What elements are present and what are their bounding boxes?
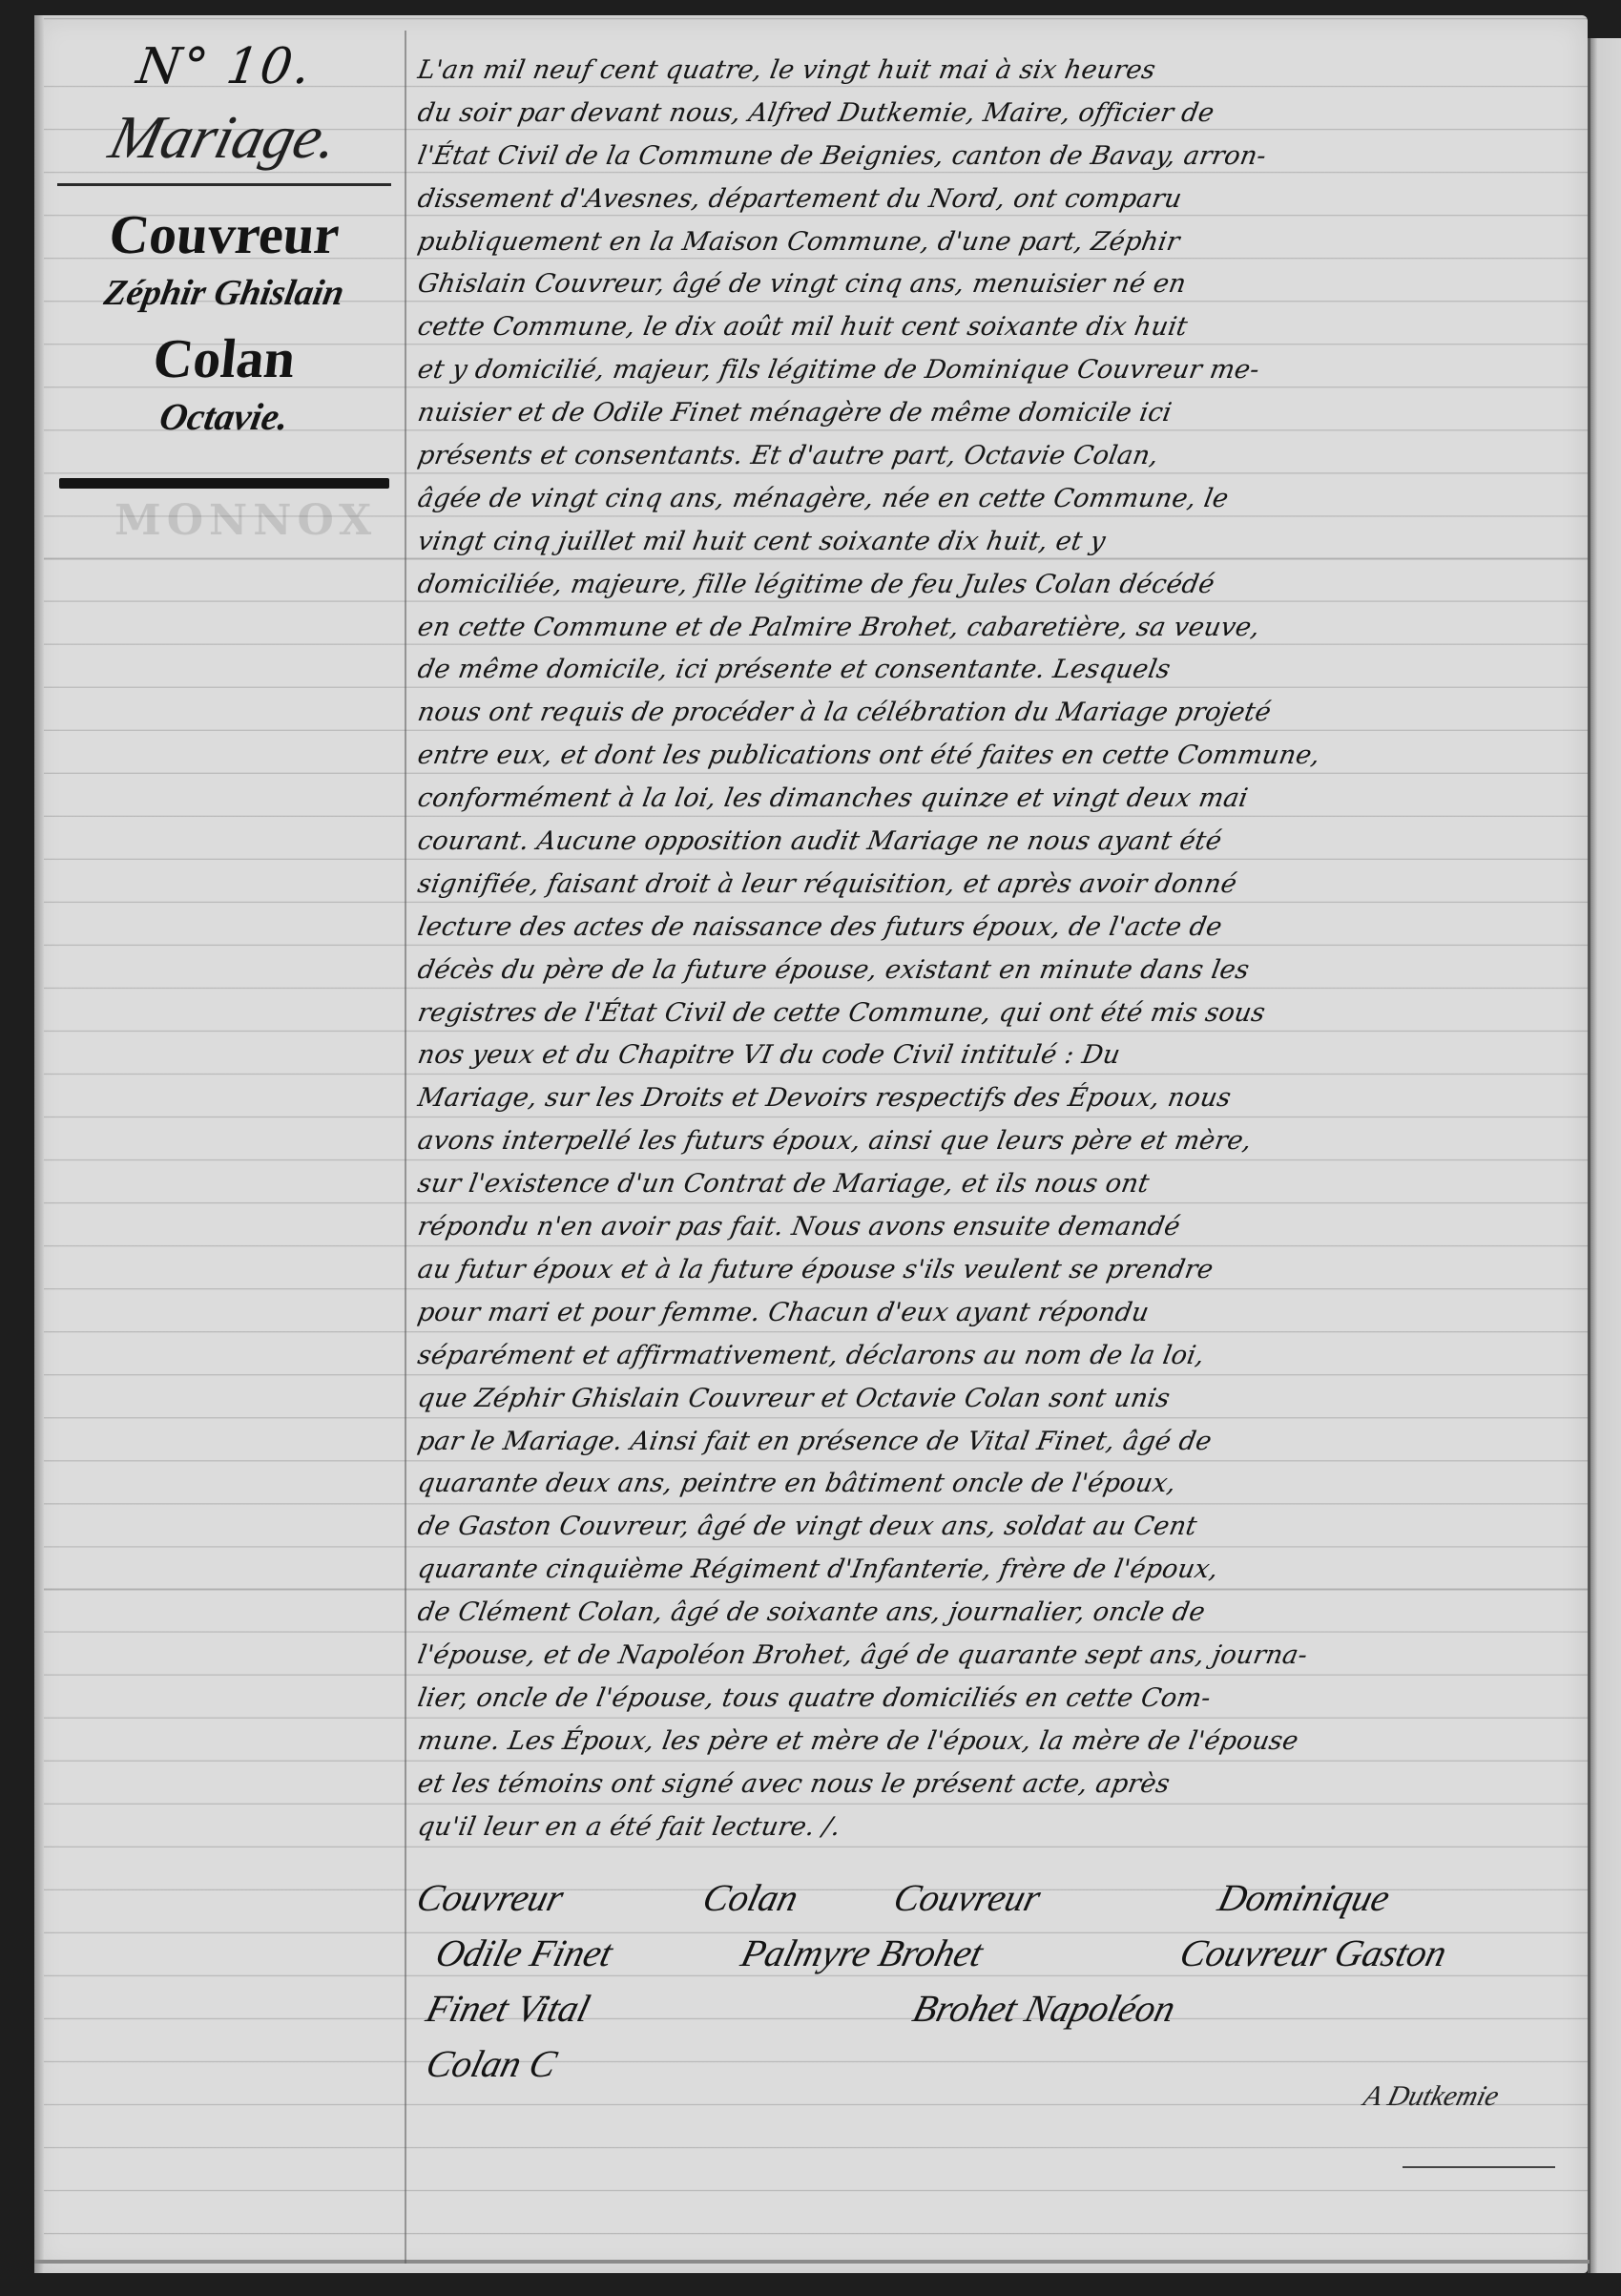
record-line: mune. Les Époux, les père et mère de l'é… (414, 1721, 1576, 1764)
record-line: conformément à la loi, les dimanches qui… (414, 778, 1576, 821)
record-line: nuisier et de Odile Finet ménagère de mê… (414, 392, 1576, 435)
margin-column: N° 10. Mariage. Couvreur Zéphir Ghislain… (48, 29, 401, 489)
record-line: vingt cinq juillet mil huit cent soixant… (414, 521, 1576, 564)
margin-rule-line (405, 31, 406, 2264)
record-line: registres de l'État Civil de cette Commu… (414, 992, 1576, 1035)
record-line: entre eux, et dont les publications ont … (414, 735, 1576, 778)
record-line: décès du père de la future épouse, exist… (414, 950, 1576, 992)
record-line: quarante deux ans, peintre en bâtiment o… (414, 1463, 1576, 1506)
entry-end-divider (59, 478, 389, 489)
record-line: du soir par devant nous, Alfred Dutkemie… (414, 93, 1576, 136)
record-line: signifiée, faisant droit à leur réquisit… (414, 864, 1576, 907)
record-line: publiquement en la Maison Commune, d'une… (414, 221, 1576, 264)
record-line: l'épouse, et de Napoléon Brohet, âgé de … (414, 1635, 1576, 1678)
signature: Dominique (1214, 1875, 1394, 1920)
record-line: présents et consentants. Et d'autre part… (414, 435, 1576, 478)
record-line: quarante cinquième Régiment d'Infanterie… (414, 1549, 1576, 1592)
bride-surname: Colan (44, 325, 404, 392)
record-line: qu'il leur en a été fait lecture. /. (414, 1806, 1576, 1849)
act-number: N° 10. (44, 38, 405, 99)
record-line: au futur époux et à la future épouse s'i… (414, 1249, 1576, 1292)
record-line: Mariage, sur les Droits et Devoirs respe… (414, 1077, 1576, 1120)
record-line: avons interpellé les futurs époux, ainsi… (414, 1120, 1576, 1163)
record-line: et les témoins ont signé avec nous le pr… (414, 1764, 1576, 1806)
record-line: âgée de vingt cinq ans, ménagère, née en… (414, 478, 1576, 521)
signature: Odile Finet (431, 1931, 617, 1975)
record-body: L'an mil neuf cent quatre, le vingt huit… (418, 50, 1572, 1848)
record-line: de Clément Colan, âgé de soixante ans, j… (414, 1592, 1576, 1635)
record-line: que Zéphir Ghislain Couvreur et Octavie … (414, 1378, 1576, 1421)
signature: Couvreur (412, 1875, 569, 1920)
bleed-through-text: MONNOX (114, 496, 377, 545)
page-bottom-edge (34, 2260, 1590, 2264)
record-line: dissement d'Avesnes, département du Nord… (414, 178, 1576, 221)
record-line: cette Commune, le dix août mil huit cent… (414, 306, 1576, 349)
signature-block: Couvreur Colan Couvreur Dominique Odile … (418, 1875, 1572, 2097)
record-line: de Gaston Couvreur, âgé de vingt deux an… (414, 1506, 1576, 1549)
heading-divider (57, 183, 391, 186)
signature: Palmyre Brohet (737, 1931, 987, 1975)
record-line: de même domicile, ici présente et consen… (414, 649, 1576, 692)
signature-row: Couvreur Colan Couvreur Dominique (418, 1875, 1572, 1931)
page-binding-edge (34, 15, 44, 2273)
record-line: domiciliée, majeure, fille légitime de f… (414, 564, 1576, 607)
signature: Colan (698, 1875, 803, 1920)
signature: Couvreur Gaston (1175, 1931, 1451, 1975)
page-right-edge (1588, 38, 1621, 2273)
record-line: nos yeux et du Chapitre VI du code Civil… (414, 1034, 1576, 1077)
signature: Finet Vital (422, 1986, 594, 2031)
record-line: lier, oncle de l'épouse, tous quatre dom… (414, 1678, 1576, 1721)
record-line: nous ont requis de procéder à la célébra… (414, 692, 1576, 735)
signature: Couvreur (889, 1875, 1046, 1920)
signature: Brohet Napoléon (908, 1986, 1180, 2031)
signature-flourish (1403, 2138, 1555, 2168)
record-line: et y domicilié, majeur, fils légitime de… (414, 349, 1576, 392)
record-line: en cette Commune et de Palmire Brohet, c… (414, 607, 1576, 650)
record-line: L'an mil neuf cent quatre, le vingt huit… (414, 50, 1576, 93)
signature-row: Finet Vital Brohet Napoléon (418, 1986, 1572, 2041)
groom-surname: Couvreur (44, 201, 404, 268)
record-line: sur l'existence d'un Contrat de Mariage,… (414, 1163, 1576, 1206)
record-line: Ghislain Couvreur, âgé de vingt cinq ans… (414, 263, 1576, 306)
record-line: l'État Civil de la Commune de Beignies, … (414, 136, 1576, 178)
record-line: par le Mariage. Ainsi fait en présence d… (414, 1421, 1576, 1464)
record-line: lecture des actes de naissance des futur… (414, 907, 1576, 950)
mayor-signature: A Dutkemie (1361, 2080, 1503, 2113)
signature: Colan C (422, 2041, 561, 2086)
record-line: courant. Aucune opposition audit Mariage… (414, 821, 1576, 864)
record-line: séparément et affirmativement, déclarons… (414, 1335, 1576, 1378)
bride-given-name: Octavie. (43, 392, 405, 442)
signature-row: Odile Finet Palmyre Brohet Couvreur Gast… (418, 1931, 1572, 1986)
record-line: répondu n'en avoir pas fait. Nous avons … (414, 1206, 1576, 1249)
groom-given-names: Zéphir Ghislain (43, 268, 405, 318)
record-line: pour mari et pour femme. Chacun d'eux ay… (414, 1292, 1576, 1335)
act-type-heading: Mariage. (38, 99, 410, 176)
